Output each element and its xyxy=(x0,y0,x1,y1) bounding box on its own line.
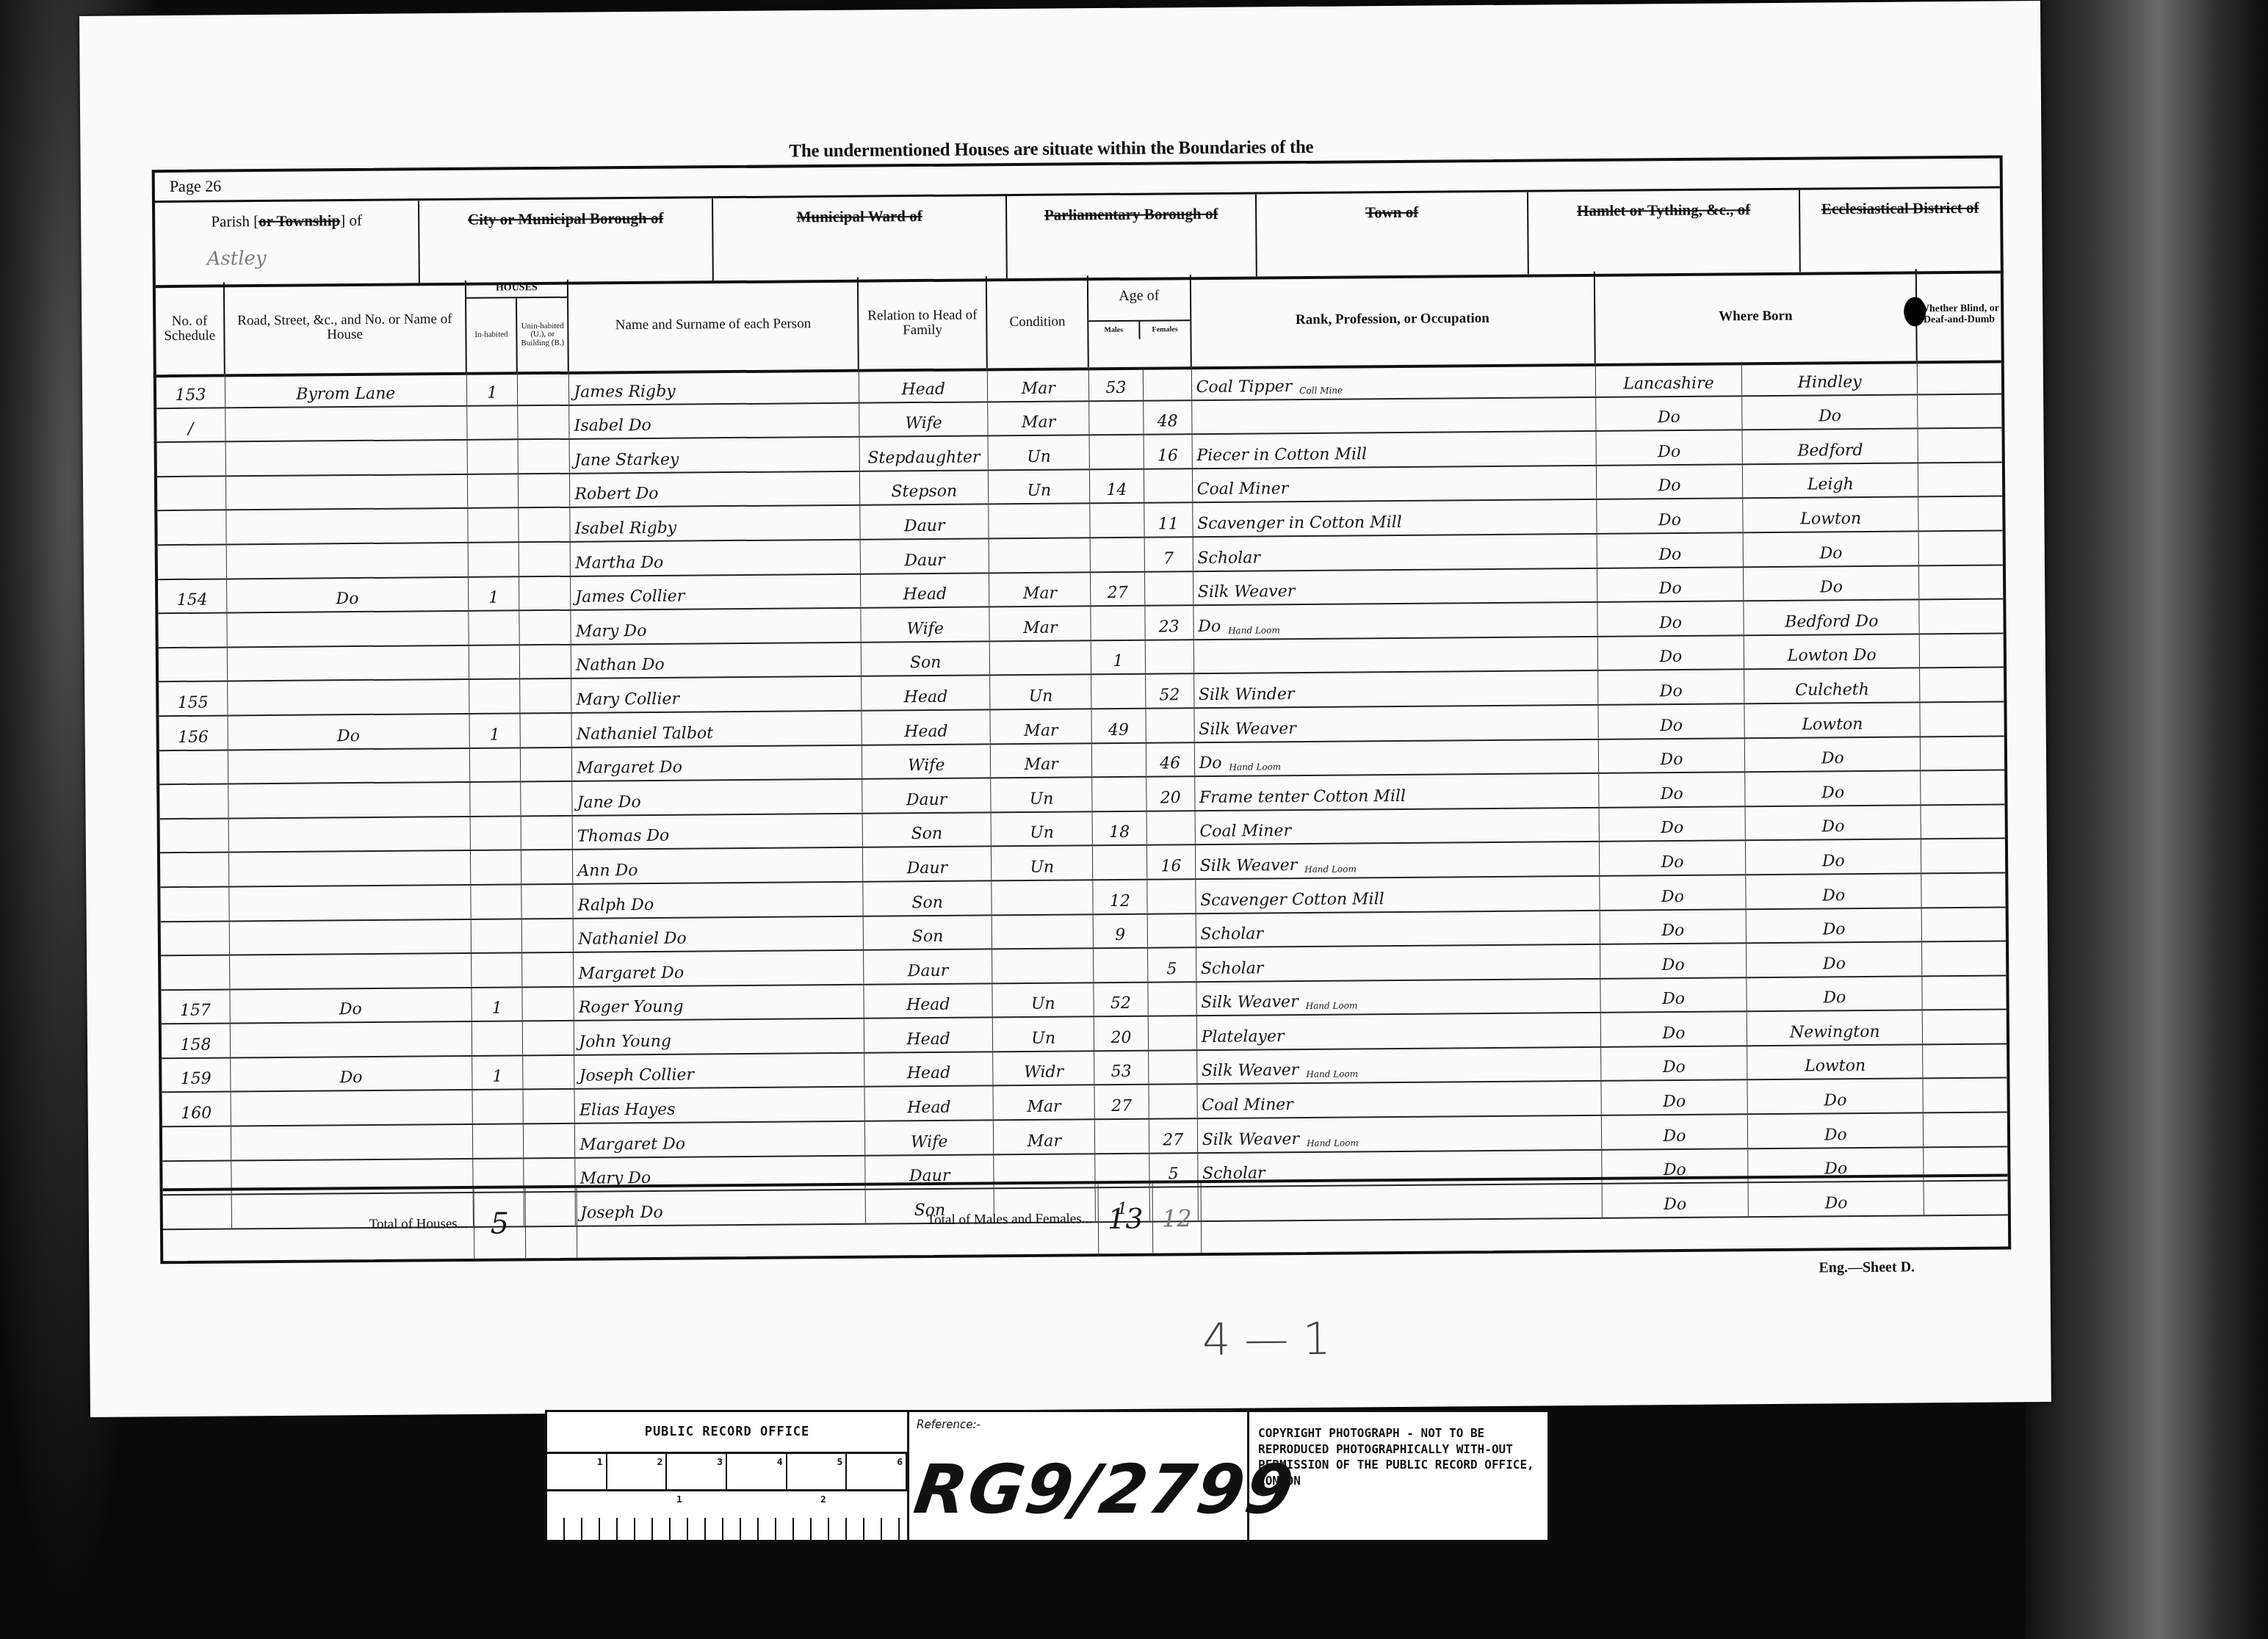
cell-born-place: Do xyxy=(1747,977,1923,1010)
cell-text: Head xyxy=(904,688,948,706)
cell-text: Scholar xyxy=(1197,549,1260,568)
cell-condition: Mar xyxy=(989,573,1091,607)
cell-text: Mar xyxy=(1022,413,1055,432)
cell-occupation: Frame tenter Cotton Mill xyxy=(1195,774,1600,810)
cell-text: Un xyxy=(1029,687,1053,706)
cell-text: 158 xyxy=(180,1036,211,1054)
cell-text: Do xyxy=(1659,579,1682,598)
cell-occupation: DoHand Loom xyxy=(1193,603,1598,639)
cell-blind xyxy=(1922,908,2006,941)
cell-inhabited xyxy=(470,782,521,815)
cell-female xyxy=(1147,880,1196,913)
cell-born-county: Do xyxy=(1597,568,1744,601)
cell-blind xyxy=(1919,531,2003,564)
cell-born-place: Do xyxy=(1748,1079,1924,1113)
cell-schedule xyxy=(157,511,226,544)
cell-text: Scholar xyxy=(1201,959,1264,978)
cell-occupation: Scholar xyxy=(1196,911,1600,947)
cell-text: Un xyxy=(1030,858,1054,877)
cell-schedule xyxy=(160,819,229,852)
reference-label: Reference:- xyxy=(917,1418,980,1431)
cell-name: Nathan Do xyxy=(571,643,862,678)
cell-text: Do xyxy=(336,590,358,608)
cell-male xyxy=(1094,949,1148,982)
cell-uninhabited xyxy=(519,576,571,609)
cell-relation: Wife xyxy=(859,402,989,436)
cell-relation: Head xyxy=(864,1087,994,1121)
cell-born-place: Bedford Do xyxy=(1744,601,1920,634)
cell-text: Un xyxy=(1030,789,1054,808)
cell-text: 1 xyxy=(490,726,500,744)
cell-text: Do xyxy=(1659,614,1682,632)
cell-male: 1 xyxy=(1091,640,1146,673)
cell-inhabited xyxy=(469,748,521,781)
cell-relation: Head xyxy=(862,710,991,744)
cell-relation: Head xyxy=(864,1019,994,1052)
cell-text: Do xyxy=(1820,578,1843,596)
cell-condition: Mar xyxy=(989,402,1090,435)
cell-condition xyxy=(992,915,1094,949)
cell-text: Do xyxy=(1661,922,1684,940)
cell-text: 159 xyxy=(181,1070,212,1088)
cell-text: Silk Weaver xyxy=(1200,856,1298,875)
cell-schedule xyxy=(159,750,228,784)
header-where-born: Where Born xyxy=(1595,269,1918,363)
cell-relation: Daur xyxy=(861,539,990,573)
cell-condition: Un xyxy=(989,470,1090,504)
cell-name: Mary Do xyxy=(571,609,862,644)
cell-text: Ann Do xyxy=(577,861,638,880)
occupation-note: Hand Loom xyxy=(1306,1069,1358,1080)
cell-uninhabited xyxy=(524,1056,575,1089)
cell-blind xyxy=(1923,1010,2007,1043)
cell-blind xyxy=(1919,497,2003,530)
cell-text: Widr xyxy=(1024,1063,1063,1082)
cell-relation: Stepdaughter xyxy=(860,436,989,470)
cell-road xyxy=(228,783,470,817)
cell-text: Son xyxy=(911,825,943,843)
cell-inhabited: 1 xyxy=(469,714,521,747)
cell-male xyxy=(1095,1120,1149,1153)
cell-text: Un xyxy=(1027,482,1051,500)
header-inhabited: In-habited xyxy=(466,298,517,372)
cell-male: 27 xyxy=(1094,1085,1149,1118)
hamlet-label: Hamlet or Tything, &c., of xyxy=(1577,200,1750,220)
cell-male: 20 xyxy=(1094,1017,1149,1050)
cell-relation: Daur xyxy=(864,949,993,983)
cell-born-county: Do xyxy=(1596,397,1743,430)
cell-blind xyxy=(1921,737,2004,770)
cell-text: Do xyxy=(1821,784,1844,802)
cell-name: Martha Do xyxy=(571,540,861,576)
cell-occupation: Silk WeaverHand Loom xyxy=(1197,1116,1602,1152)
cell-text: Wife xyxy=(905,414,942,433)
cell-text: Wife xyxy=(908,756,945,775)
cell-name: James Collier xyxy=(571,574,861,609)
cell-relation: Head xyxy=(862,676,991,710)
cell-road: Byrom Lane xyxy=(225,372,467,407)
cell-text: Silk Winder xyxy=(1199,685,1295,704)
occupation-note: Hand Loom xyxy=(1228,625,1280,636)
cell-schedule xyxy=(159,648,228,681)
scale-mark: 2 xyxy=(607,1454,668,1489)
cell-schedule: 160 xyxy=(162,1093,231,1126)
total-houses-uninhabited xyxy=(526,1188,578,1259)
cell-inhabited xyxy=(472,953,523,986)
cell-text: 16 xyxy=(1158,446,1178,465)
cell-text: Stepdaughter xyxy=(867,448,980,467)
cell-born-place: Do xyxy=(1747,942,1923,976)
cell-female: 16 xyxy=(1147,845,1196,878)
reference-block: Reference:- RG9/2799 xyxy=(909,1412,1249,1540)
cell-schedule: 155 xyxy=(159,682,228,715)
cell-born-place: Do xyxy=(1745,737,1921,771)
hamlet-cell: Hamlet or Tything, &c., of xyxy=(1528,190,1801,275)
cell-male: 12 xyxy=(1093,880,1147,913)
cell-text: Lowton Do xyxy=(1788,646,1877,665)
cell-schedule xyxy=(160,887,229,920)
cell-text: 1 xyxy=(1113,652,1123,670)
cell-schedule xyxy=(157,477,226,510)
cell-text: Lancashire xyxy=(1623,374,1714,393)
cell-uninhabited xyxy=(522,885,574,918)
header-where-born-label: Where Born xyxy=(1719,308,1793,324)
cell-text: Do xyxy=(1661,785,1683,803)
cell-occupation: Scholar xyxy=(1196,945,1601,981)
header-occupation: Rank, Profession, or Occupation xyxy=(1191,272,1595,366)
cell-road xyxy=(231,1125,473,1159)
cell-occupation: Scholar xyxy=(1193,535,1597,571)
parish-cell: Parish [or Township] of Astley xyxy=(155,200,420,285)
cell-condition: Un xyxy=(989,435,1090,469)
cell-text: Roger Young xyxy=(579,998,684,1017)
cell-text: Bedford Do xyxy=(1785,612,1878,632)
cell-name: Thomas Do xyxy=(573,814,863,849)
parish-label-struck: or Township xyxy=(259,211,340,230)
cell-text: Mar xyxy=(1028,1132,1061,1150)
cell-text: Leigh xyxy=(1807,475,1854,493)
cell-blind xyxy=(1920,600,2004,633)
cell-text: 9 xyxy=(1115,926,1125,944)
cell-inhabited xyxy=(471,851,522,884)
reference-value: RG9/2799 xyxy=(909,1450,1299,1529)
cell-text: Coal Miner xyxy=(1202,1096,1293,1115)
cell-text: Jane Do xyxy=(577,793,641,812)
cell-text: Do xyxy=(1663,1058,1686,1077)
cell-male xyxy=(1092,743,1146,776)
cell-blind xyxy=(1921,839,2005,872)
cell-blind xyxy=(1918,463,2002,496)
cell-text: Do xyxy=(1663,1093,1686,1111)
cell-text: 5 xyxy=(1166,960,1177,978)
cell-female xyxy=(1148,983,1196,1016)
cell-male xyxy=(1092,778,1146,811)
cell-text: Mary Collier xyxy=(577,690,680,709)
cell-text: Nathaniel Talbot xyxy=(577,724,713,743)
cell-text: Mar xyxy=(1023,618,1057,637)
header-relation: Relation to Head of Family xyxy=(859,276,988,369)
header-females: Females xyxy=(1138,321,1190,339)
cell-schedule: 159 xyxy=(162,1058,231,1091)
cell-born-county: Do xyxy=(1601,1046,1748,1080)
cell-text: Do xyxy=(1823,955,1846,973)
cell-condition: Un xyxy=(993,983,1094,1017)
cell-text: Silk Weaver xyxy=(1202,1130,1300,1149)
cell-female: 20 xyxy=(1146,777,1195,810)
cell-born-county: Do xyxy=(1600,910,1747,944)
cell-text: Mar xyxy=(1027,1098,1061,1116)
cell-born-place: Bedford xyxy=(1743,430,1919,463)
cell-text: Frame tenter Cotton Mill xyxy=(1199,787,1406,807)
cell-born-place: Do xyxy=(1742,395,1918,429)
occupation-note: Hand Loom xyxy=(1229,761,1282,773)
cell-blind xyxy=(1924,1079,2007,1112)
cell-text: 27 xyxy=(1163,1131,1183,1149)
cell-born-place: Lowton xyxy=(1745,703,1921,737)
cell-name: Nathaniel Do xyxy=(574,916,864,952)
cell-uninhabited xyxy=(523,987,574,1020)
cell-relation: Wife xyxy=(862,745,992,778)
cell-blind xyxy=(1918,394,2002,427)
cell-blind xyxy=(1921,771,2005,804)
cell-text: 156 xyxy=(178,728,209,746)
cell-text: Do xyxy=(1199,754,1222,773)
occupation-note: Hand Loom xyxy=(1306,1001,1358,1012)
column-headers: No. of Schedule Road, Street, &c., and N… xyxy=(156,268,2001,377)
cell-uninhabited xyxy=(519,474,570,507)
header-houses: HOUSES In-habited Unin-habited (U.), or … xyxy=(466,280,569,372)
header-blind-deaf: Whether Blind, or Deaf-and-Dumb xyxy=(1917,268,2001,361)
cell-text: 27 xyxy=(1111,1097,1132,1115)
cell-road xyxy=(228,817,470,852)
cell-text: Head xyxy=(903,585,947,604)
municipal-borough-label: City or Municipal Borough of xyxy=(468,209,664,228)
cell-inhabited xyxy=(469,645,520,679)
cell-male xyxy=(1090,504,1144,537)
cell-occupation: Silk WeaverHand Loom xyxy=(1197,1048,1602,1084)
cell-occupation: Coal Miner xyxy=(1193,466,1597,502)
cell-text: / xyxy=(188,420,194,438)
cell-inhabited: 1 xyxy=(469,577,520,610)
cell-condition: Mar xyxy=(988,367,1089,401)
cell-road xyxy=(231,1022,472,1057)
cell-schedule: / xyxy=(156,408,225,441)
page-number: Page 26 xyxy=(170,176,221,196)
cell-text: Silk Weaver xyxy=(1201,993,1299,1012)
cell-relation: Head xyxy=(864,984,993,1018)
cell-occupation xyxy=(1193,637,1598,673)
cell-text: Do xyxy=(1662,1024,1685,1043)
cell-text: Do xyxy=(1662,956,1685,974)
cell-uninhabited xyxy=(524,1090,575,1123)
cell-text: Margaret Do xyxy=(578,963,684,983)
cell-uninhabited xyxy=(520,611,571,644)
cell-occupation: Silk Weaver xyxy=(1194,706,1599,742)
cell-text: Thomas Do xyxy=(577,827,669,846)
cell-condition xyxy=(992,880,1094,914)
cell-uninhabited xyxy=(521,782,573,815)
cell-inhabited xyxy=(472,1022,523,1055)
census-rows: 153Byrom Lane1James RigbyHeadMar53Coal T… xyxy=(156,360,2008,1230)
cell-name: Jane Do xyxy=(572,780,862,815)
cell-male: 27 xyxy=(1091,572,1145,605)
cell-born-county: Do xyxy=(1597,465,1744,499)
cell-text: Lowton xyxy=(1805,1057,1866,1076)
cell-female: 48 xyxy=(1144,401,1192,434)
cell-inhabited xyxy=(467,406,519,439)
cell-born-county: Do xyxy=(1600,842,1747,875)
cell-blind xyxy=(1919,565,2003,598)
cell-text: Head xyxy=(906,996,950,1014)
cell-female xyxy=(1149,1085,1197,1118)
cell-text: Son xyxy=(912,927,944,946)
cell-inhabited xyxy=(469,611,520,644)
cell-road xyxy=(229,919,471,954)
cell-occupation: Platelayer xyxy=(1196,1013,1601,1049)
cell-text: 16 xyxy=(1160,857,1181,875)
cell-female xyxy=(1147,914,1196,947)
cell-text: 27 xyxy=(1108,584,1128,602)
cell-born-county: Do xyxy=(1602,1115,1749,1148)
cell-text: Scavenger Cotton Mill xyxy=(1200,890,1384,910)
cell-blind xyxy=(1922,942,2006,975)
cell-male xyxy=(1091,675,1146,708)
cell-text: 53 xyxy=(1105,378,1126,397)
cell-blind xyxy=(1922,873,2006,906)
municipal-borough-cell: City or Municipal Borough of xyxy=(419,198,714,283)
cell-blind xyxy=(1923,976,2007,1009)
cell-male xyxy=(1089,401,1144,434)
cell-text: Scholar xyxy=(1200,925,1263,944)
cell-condition xyxy=(989,538,1091,572)
cell-text: 18 xyxy=(1109,823,1130,842)
cell-occupation: Piecer in Cotton Mill xyxy=(1192,432,1597,468)
cell-name: Margaret Do xyxy=(574,951,864,986)
scale-mark: 3 xyxy=(667,1454,727,1489)
cell-text: Margaret Do xyxy=(579,1135,685,1154)
cell-occupation: Coal TipperColl Mine xyxy=(1191,363,1596,399)
cell-text: Platelayer xyxy=(1201,1027,1284,1046)
cell-uninhabited xyxy=(519,405,570,438)
cell-inhabited xyxy=(472,1090,524,1124)
cell-name: Ann Do xyxy=(573,848,863,883)
cell-text: Do xyxy=(1821,817,1844,836)
cell-text: 12 xyxy=(1110,891,1130,910)
cell-occupation: Silk Weaver xyxy=(1193,568,1598,604)
scale-cm-mark: 1 xyxy=(676,1494,682,1505)
cell-text: Daur xyxy=(906,790,947,808)
cell-inhabited xyxy=(467,441,519,474)
cell-text: Do xyxy=(1661,853,1684,872)
cell-text: Do xyxy=(1658,408,1680,427)
cell-condition: Un xyxy=(992,778,1093,811)
cell-uninhabited xyxy=(523,1021,574,1054)
page-title: The undermentioned Houses are situate wi… xyxy=(789,137,1313,162)
cell-condition: Widr xyxy=(994,1052,1095,1085)
cell-born-place: Do xyxy=(1748,1113,1924,1147)
scale-mark: 1 xyxy=(547,1454,607,1489)
cell-female: 5 xyxy=(1148,948,1196,981)
cell-text: Do xyxy=(1662,990,1685,1008)
cell-inhabited xyxy=(468,474,519,507)
cell-uninhabited xyxy=(521,816,573,849)
cell-female: 23 xyxy=(1145,606,1193,639)
cell-relation: Head xyxy=(864,1052,994,1086)
cell-relation: Son xyxy=(864,916,993,949)
cell-male: 53 xyxy=(1094,1051,1149,1084)
cell-text: 20 xyxy=(1160,789,1181,807)
cell-female xyxy=(1145,572,1193,605)
cell-condition: Mar xyxy=(990,607,1091,640)
cell-road xyxy=(229,851,471,886)
cell-text: Silk Weaver xyxy=(1202,1061,1299,1080)
cell-text: Do xyxy=(1658,443,1680,461)
totals-row: Total of Houses... 5 Total of Males and … xyxy=(163,1173,2009,1261)
cell-schedule: 154 xyxy=(158,579,227,612)
cell-schedule: 153 xyxy=(156,374,225,407)
pro-scale-block: PUBLIC RECORD OFFICE 1 2 3 4 5 6 1 2 xyxy=(547,1412,909,1540)
cell-text: Nathan Do xyxy=(576,656,665,675)
scale-mark: 6 xyxy=(847,1454,907,1489)
cell-female: 16 xyxy=(1144,435,1192,468)
cell-name: Joseph Collier xyxy=(574,1054,864,1089)
cell-text: Isabel Do xyxy=(574,416,651,435)
cell-schedule xyxy=(161,956,230,989)
cell-born-county: Do xyxy=(1599,773,1746,806)
cell-male xyxy=(1093,846,1147,879)
cell-male xyxy=(1091,538,1145,571)
cell-occupation: Coal Miner xyxy=(1195,808,1600,844)
cell-text: James Collier xyxy=(575,587,685,607)
cell-text: Wife xyxy=(906,620,944,638)
cell-text: Coal Tipper xyxy=(1196,377,1293,397)
cell-uninhabited xyxy=(521,748,572,781)
total-houses-inhabited: 5 xyxy=(474,1188,527,1259)
cell-born-place: Lowton xyxy=(1747,1045,1924,1079)
cell-inhabited: 1 xyxy=(466,372,518,405)
scan-background-right xyxy=(2026,0,2268,1639)
cell-road: Do xyxy=(231,1057,472,1091)
cell-female: 7 xyxy=(1144,538,1193,571)
cell-text: Do xyxy=(1661,887,1684,905)
cell-text: Do xyxy=(339,1000,362,1019)
cell-uninhabited xyxy=(521,714,572,747)
cell-male: 18 xyxy=(1093,811,1147,844)
cell-name: Roger Young xyxy=(574,985,864,1020)
cell-text: Head xyxy=(904,722,948,740)
cell-road xyxy=(225,441,467,475)
cell-male: 53 xyxy=(1089,367,1144,400)
scale-mark: 5 xyxy=(787,1454,848,1489)
parliamentary-borough-label: Parliamentary Borough of xyxy=(1044,205,1218,224)
cell-text: 153 xyxy=(175,386,206,404)
cell-relation: Son xyxy=(863,881,992,915)
header-name: Name and Surname of each Person xyxy=(568,278,859,372)
occupation-note: Coll Mine xyxy=(1299,385,1343,395)
town-label: Town of xyxy=(1365,203,1418,222)
cell-condition xyxy=(992,949,1094,983)
scale-cm-mark: 2 xyxy=(820,1494,826,1505)
cell-schedule xyxy=(157,443,226,476)
cell-occupation: Coal Miner xyxy=(1197,1082,1602,1118)
cell-text: Do xyxy=(1658,477,1681,495)
parish-value: Astley xyxy=(206,247,266,270)
cell-text: Lowton xyxy=(1800,510,1861,529)
cell-condition xyxy=(990,641,1091,675)
cell-road xyxy=(229,886,471,920)
cell-schedule: 156 xyxy=(159,716,228,749)
cell-text: Isabel Rigby xyxy=(575,519,677,538)
